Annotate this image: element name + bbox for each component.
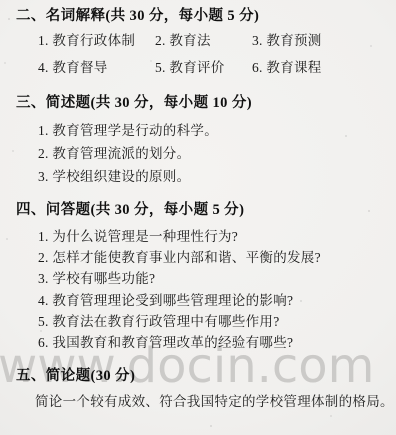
section-question-answer: 四、问答题(共 30 分，每小题 5 分) 1. 为什么说管理是一种理性行为? … bbox=[0, 202, 396, 353]
question-item: 3. 学校有哪些功能? bbox=[38, 268, 396, 289]
term-item: 6. 教育课程 bbox=[252, 61, 396, 75]
question-item: 2. 怎样才能使教育事业内部和谐、平衡的发展? bbox=[38, 247, 396, 268]
question-item: 3. 学校组织建设的原则。 bbox=[38, 165, 396, 188]
term-item: 2. 教育法 bbox=[155, 34, 252, 48]
question-item: 5. 教育法在教育行政管理中有哪些作用? bbox=[38, 311, 396, 332]
question-item: 4. 教育管理理论受到哪些管理理论的影响? bbox=[38, 290, 396, 311]
section-heading-term-explanation: 二、名词解释(共 30 分，每小题 5 分) bbox=[16, 8, 396, 25]
term-list: 1. 教育行政体制 2. 教育法 3. 教育预测 4. 教育督导 5. 教育评价… bbox=[38, 34, 396, 75]
scan-noise-speckles bbox=[0, 0, 2, 2]
term-item: 3. 教育预测 bbox=[252, 34, 396, 48]
question-item: 1. 教育管理学是行动的科学。 bbox=[38, 119, 396, 142]
scanned-exam-page: www.docin.com 二、名词解释(共 30 分，每小题 5 分) 1. … bbox=[0, 0, 396, 435]
question-item: 2. 教育管理流派的划分。 bbox=[38, 142, 396, 165]
section-heading-essay: 五、简论题(30 分) bbox=[16, 368, 396, 385]
term-item: 4. 教育督导 bbox=[38, 61, 155, 75]
question-answer-list: 1. 为什么说管理是一种理性行为? 2. 怎样才能使教育事业内部和谐、平衡的发展… bbox=[38, 226, 396, 353]
term-item: 5. 教育评价 bbox=[155, 61, 252, 75]
section-term-explanation: 二、名词解释(共 30 分，每小题 5 分) 1. 教育行政体制 2. 教育法 … bbox=[0, 8, 396, 75]
section-short-answer: 三、简述题(共 30 分，每小题 10 分) 1. 教育管理学是行动的科学。 2… bbox=[0, 95, 396, 188]
section-heading-question-answer: 四、问答题(共 30 分，每小题 5 分) bbox=[16, 202, 396, 219]
essay-prompt: 简论一个较有成效、符合我国特定的学校管理体制的格局。 bbox=[35, 394, 396, 409]
question-item: 6. 我国教育和教育管理改革的经验有哪些? bbox=[38, 332, 396, 353]
term-item: 1. 教育行政体制 bbox=[38, 34, 155, 48]
question-item: 1. 为什么说管理是一种理性行为? bbox=[38, 226, 396, 247]
section-heading-short-answer: 三、简述题(共 30 分，每小题 10 分) bbox=[16, 95, 396, 112]
section-essay: 五、简论题(30 分) 简论一个较有成效、符合我国特定的学校管理体制的格局。 bbox=[0, 368, 396, 409]
short-answer-list: 1. 教育管理学是行动的科学。 2. 教育管理流派的划分。 3. 学校组织建设的… bbox=[38, 119, 396, 188]
